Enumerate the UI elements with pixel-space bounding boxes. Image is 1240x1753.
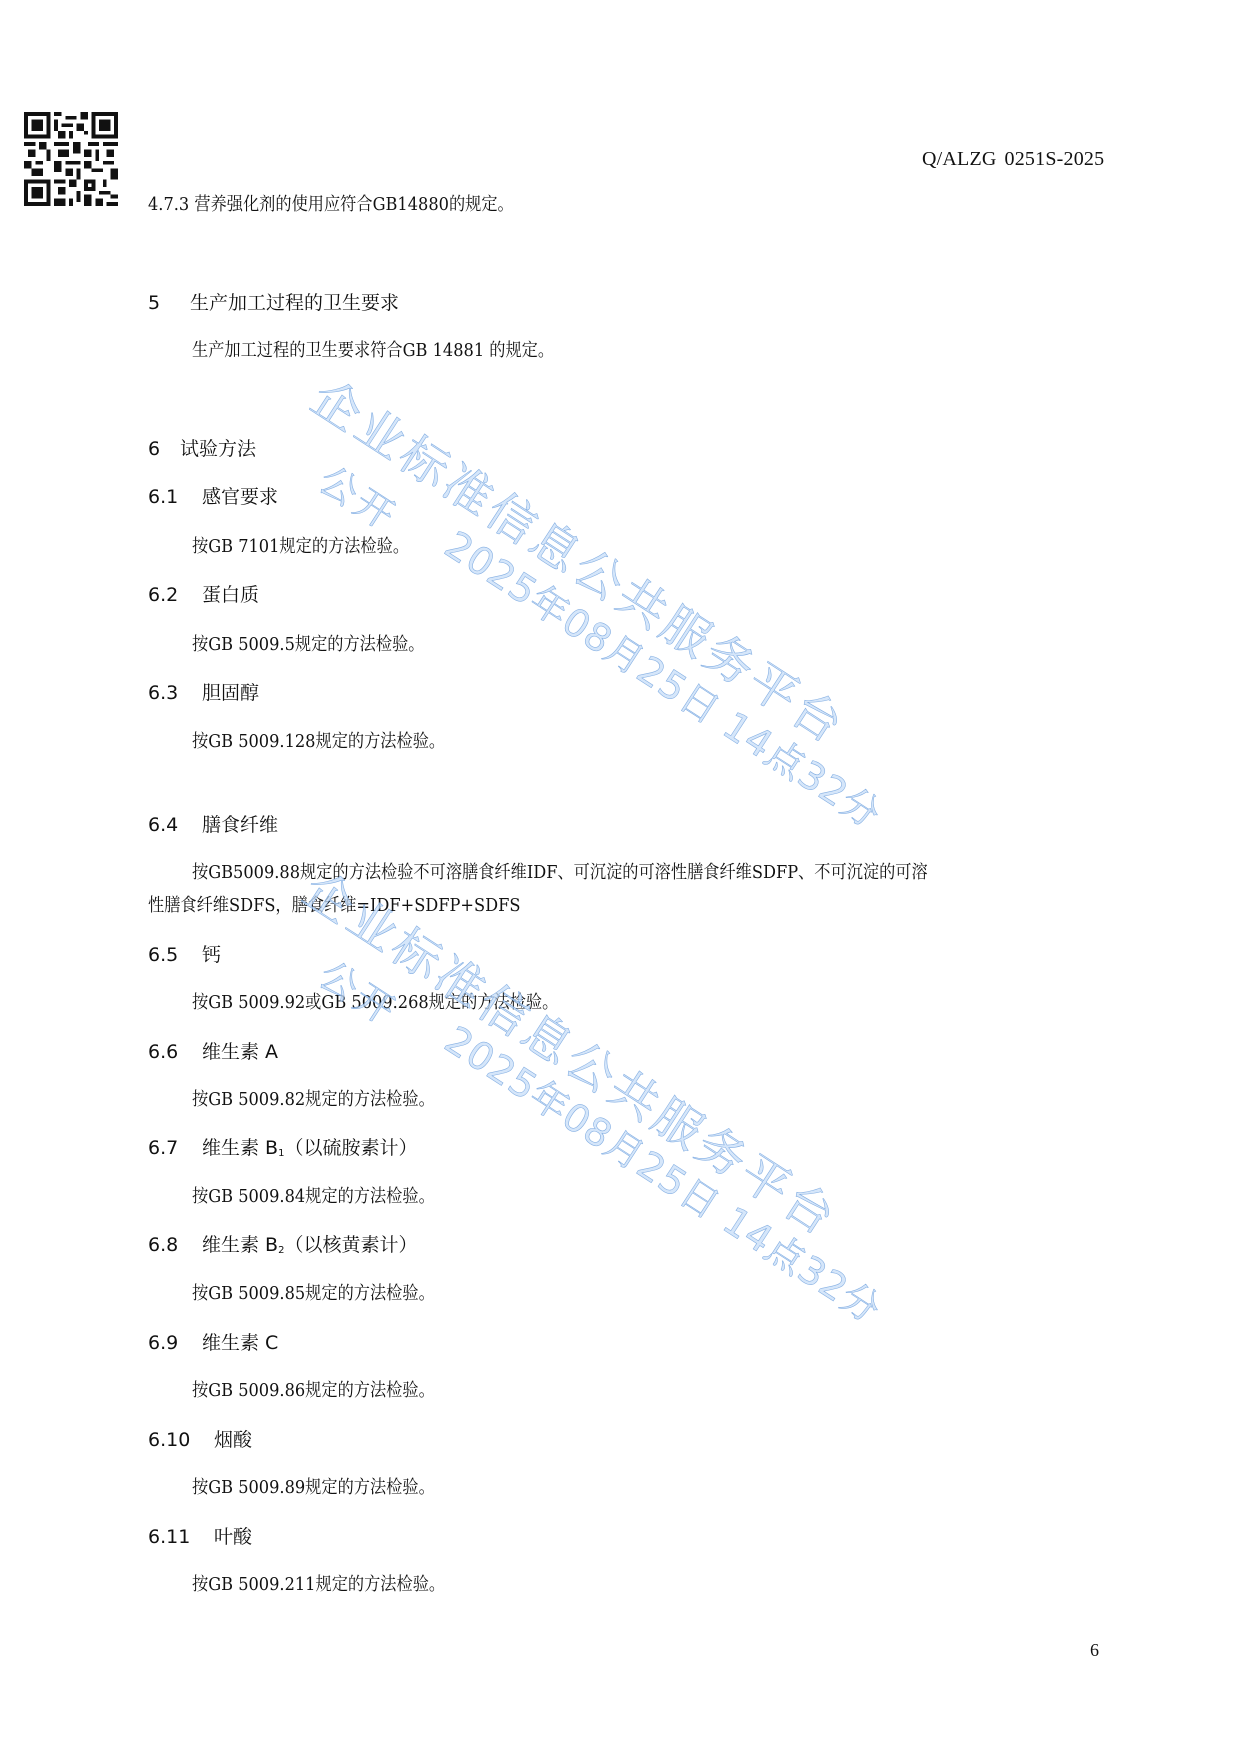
section-6-11-heading: 6.11叶酸 bbox=[148, 1522, 252, 1549]
watermark-timestamp: 2025年08月25日 14点32分 bbox=[436, 515, 894, 839]
clause-4-7-3: 4.7.3 营养强化剂的使用应符合GB14880的规定。 bbox=[148, 190, 514, 216]
section-title: 生产加工过程的卫生要求 bbox=[190, 292, 399, 314]
section-6-4-body-line-2: 性膳食纤维SDFS，膳食纤维=IDF+SDFP+SDFS bbox=[148, 891, 520, 917]
section-title: 感官要求 bbox=[202, 486, 278, 508]
section-number: 6.8 bbox=[148, 1234, 202, 1256]
section-6-9-heading: 6.9维生素 C bbox=[148, 1328, 278, 1355]
section-title: 维生素 B1（以硫胺素计） bbox=[202, 1137, 417, 1159]
section-6-4-heading: 6.4膳食纤维 bbox=[148, 810, 278, 837]
section-6-9-body: 按GB 5009.86规定的方法检验。 bbox=[192, 1376, 435, 1402]
section-6-7-heading: 6.7维生素 B1（以硫胺素计） bbox=[148, 1133, 417, 1160]
section-number: 6.1 bbox=[148, 486, 202, 508]
section-6-2-heading: 6.2蛋白质 bbox=[148, 580, 259, 607]
section-6-6-body: 按GB 5009.82规定的方法检验。 bbox=[192, 1085, 435, 1111]
section-title: 钙 bbox=[202, 944, 221, 966]
section-title: 维生素 C bbox=[202, 1332, 278, 1354]
section-6-8-heading: 6.8维生素 B2（以核黄素计） bbox=[148, 1230, 417, 1257]
section-6-8-body: 按GB 5009.85规定的方法检验。 bbox=[192, 1279, 435, 1305]
section-6-10-heading: 6.10烟酸 bbox=[148, 1425, 252, 1452]
document-code-prefix: Q/ALZG bbox=[922, 148, 997, 170]
section-title: 维生素 B2（以核黄素计） bbox=[202, 1234, 417, 1256]
section-6-heading: 6试验方法 bbox=[148, 434, 256, 461]
section-6-5-heading: 6.5钙 bbox=[148, 940, 221, 967]
document-code: Q/ALZG0251S-2025 bbox=[922, 148, 1104, 171]
section-6-4-body-line-1: 按GB5009.88规定的方法检验不可溶膳食纤维IDF、可沉淀的可溶性膳食纤维S… bbox=[192, 858, 928, 884]
section-number: 6 bbox=[148, 438, 180, 460]
section-5-body: 生产加工过程的卫生要求符合GB 14881 的规定。 bbox=[192, 336, 554, 362]
section-title: 叶酸 bbox=[214, 1526, 252, 1548]
section-title: 试验方法 bbox=[180, 438, 256, 460]
document-code-number: 0251S-2025 bbox=[1005, 148, 1105, 170]
section-6-11-body: 按GB 5009.211规定的方法检验。 bbox=[192, 1570, 445, 1596]
section-6-6-heading: 6.6维生素 A bbox=[148, 1037, 278, 1064]
section-6-1-heading: 6.1感官要求 bbox=[148, 482, 278, 509]
page-number: 6 bbox=[1090, 1640, 1099, 1661]
section-6-3-body: 按GB 5009.128规定的方法检验。 bbox=[192, 727, 445, 753]
watermark-platform-name: 企业标准信息公共服务平台 bbox=[300, 360, 861, 758]
section-number: 6.7 bbox=[148, 1137, 202, 1159]
section-number: 6.9 bbox=[148, 1332, 202, 1354]
section-number: 6.11 bbox=[148, 1526, 214, 1548]
section-6-3-heading: 6.3胆固醇 bbox=[148, 678, 259, 705]
section-number: 5 bbox=[148, 292, 190, 314]
watermark-timestamp: 2025年08月25日 14点32分 bbox=[436, 1010, 894, 1334]
section-6-7-body: 按GB 5009.84规定的方法检验。 bbox=[192, 1182, 435, 1208]
section-title: 胆固醇 bbox=[202, 682, 259, 704]
section-title: 蛋白质 bbox=[202, 584, 259, 606]
qr-code-icon bbox=[24, 112, 118, 206]
section-number: 6.6 bbox=[148, 1041, 202, 1063]
section-number: 6.5 bbox=[148, 944, 202, 966]
section-6-10-body: 按GB 5009.89规定的方法检验。 bbox=[192, 1473, 435, 1499]
section-6-1-body: 按GB 7101规定的方法检验。 bbox=[192, 532, 409, 558]
section-6-2-body: 按GB 5009.5规定的方法检验。 bbox=[192, 630, 424, 656]
section-title: 维生素 A bbox=[202, 1041, 278, 1063]
watermark-public: 公开 bbox=[310, 450, 410, 542]
section-number: 6.2 bbox=[148, 584, 202, 606]
section-number: 6.3 bbox=[148, 682, 202, 704]
section-title: 烟酸 bbox=[214, 1429, 252, 1451]
section-number: 6.4 bbox=[148, 814, 202, 836]
section-number: 6.10 bbox=[148, 1429, 214, 1451]
section-title: 膳食纤维 bbox=[202, 814, 278, 836]
section-6-5-body: 按GB 5009.92或GB 5009.268规定的方法检验。 bbox=[192, 988, 558, 1014]
section-5-heading: 5生产加工过程的卫生要求 bbox=[148, 288, 399, 315]
